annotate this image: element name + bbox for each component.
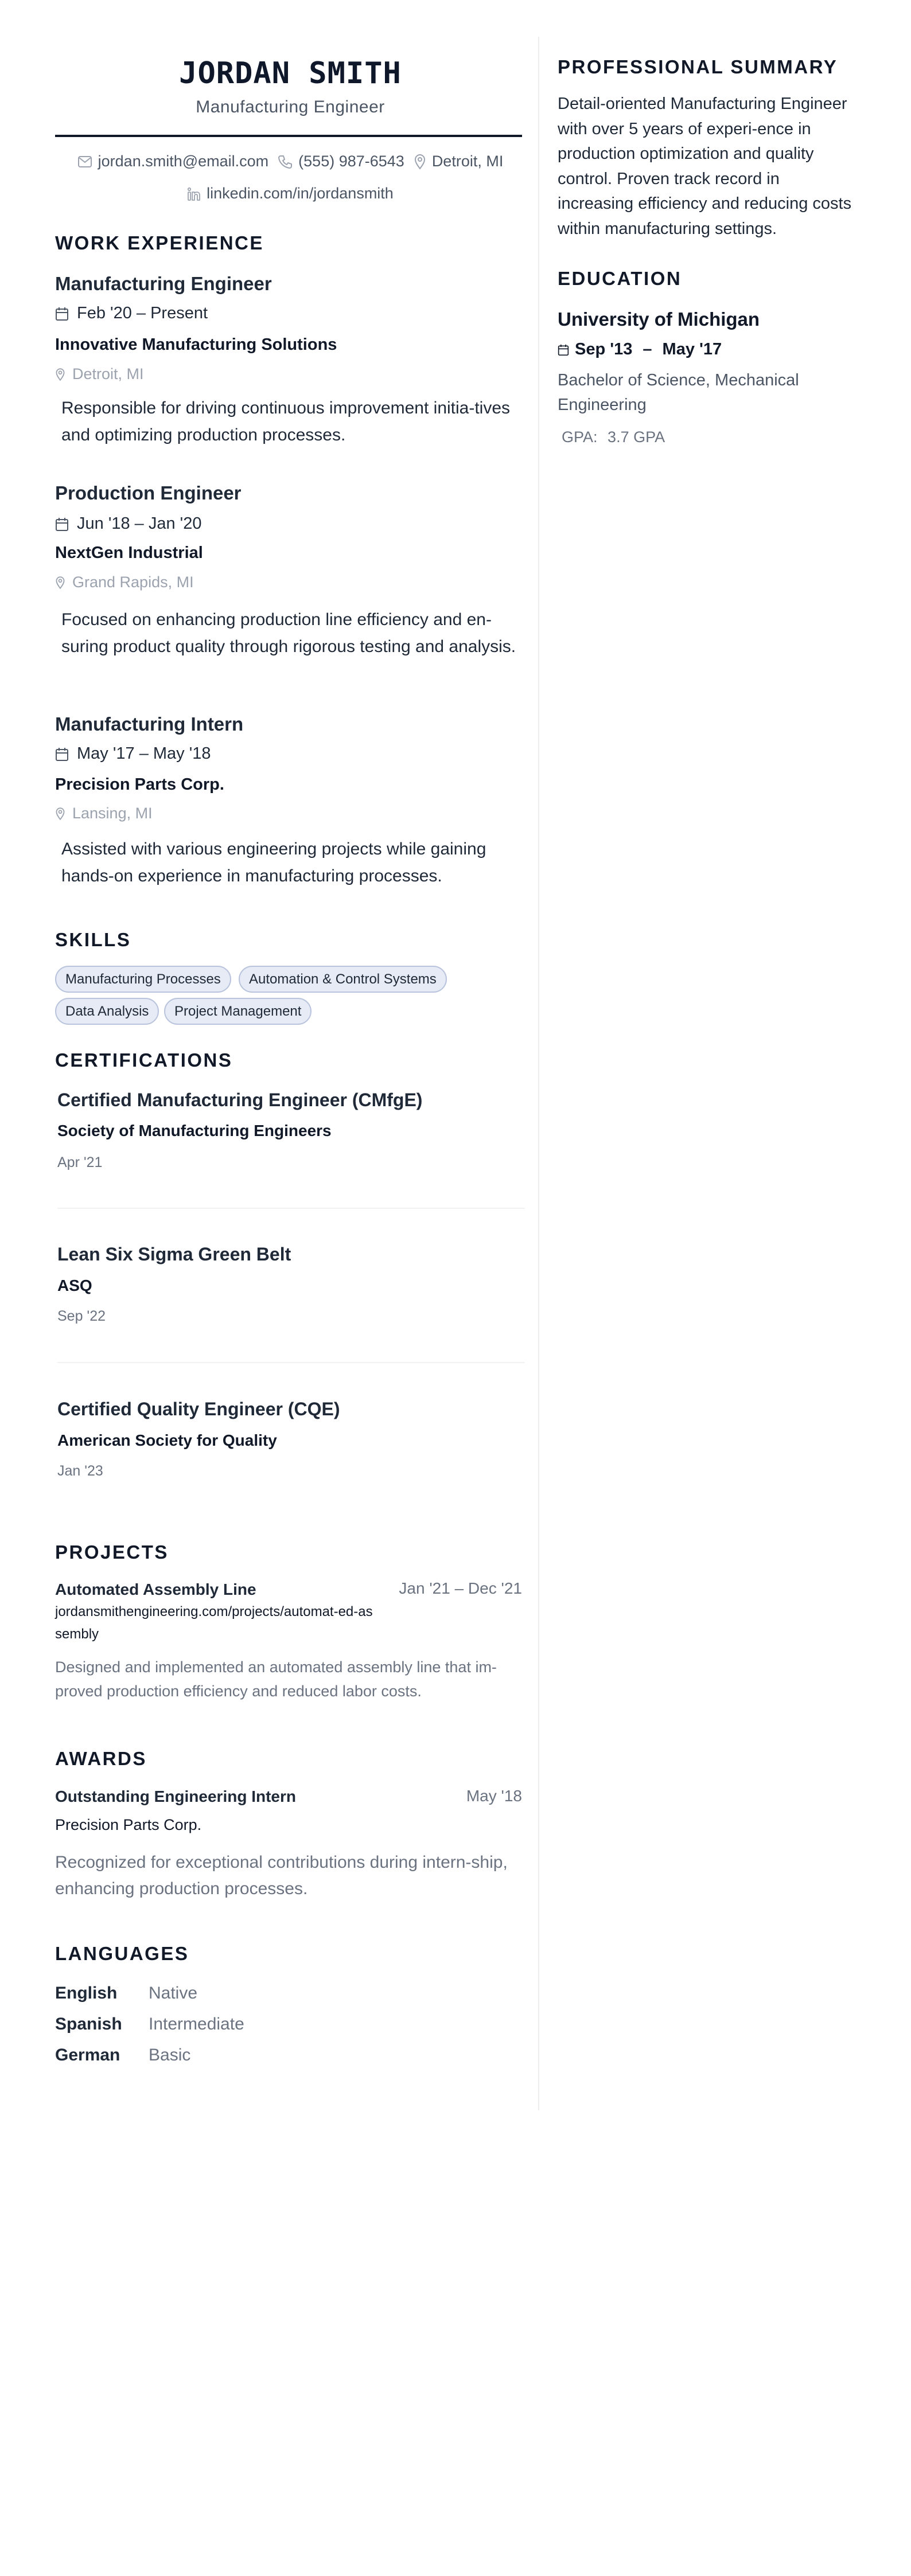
section-heading-summary: PROFESSIONAL SUMMARY [558,56,838,78]
certification-name: Lean Six Sigma Green Belt [57,1244,291,1265]
candidate-name: JORDAN SMITH [55,56,525,91]
language-name: English [55,1984,117,2003]
language-level: Intermediate [149,2015,244,2034]
education-degree: Bachelor of Science, Mechanical Engineer… [558,368,856,417]
section-heading-languages: LANGUAGES [55,1943,189,1965]
job-location-text: Lansing, MI [72,805,153,822]
calendar-icon [55,306,69,321]
mail-icon [77,155,92,168]
certification-date: Jan '23 [57,1463,103,1480]
certification-issuer: American Society for Quality [57,1431,277,1450]
candidate-title: Manufacturing Engineer [55,97,525,117]
job-company: Innovative Manufacturing Solutions [55,335,337,354]
linkedin-text[interactable]: linkedin.com/in/jordansmith [207,185,394,202]
section-heading-skills: SKILLS [55,929,131,951]
contact-row: jordan.smith@email.com (555) 987-6543 De… [55,153,525,170]
project-link[interactable]: jordansmithengineering.com/projects/auto… [55,1601,376,1645]
language-name: Spanish [55,2015,122,2034]
location-text: Detroit, MI [432,153,504,170]
language-name: German [55,2046,120,2065]
skill-tag: Automation & Control Systems [239,966,447,993]
job-location-text: Detroit, MI [72,365,144,383]
linkedin-icon [187,186,201,201]
skill-tag: Manufacturing Processes [55,966,231,993]
summary-text: Detail-oriented Manufacturing Engineer w… [558,92,856,241]
job-company: Precision Parts Corp. [55,775,224,794]
map-pin-icon [55,576,65,590]
certification-issuer: Society of Manufacturing Engineers [57,1122,332,1140]
job-title: Manufacturing Engineer [55,273,272,295]
section-heading-work: WORK EXPERIENCE [55,232,264,254]
phone-text[interactable]: (555) 987-6543 [298,153,404,170]
job-dates-text: Feb '20 – Present [77,304,208,323]
skill-tag: Data Analysis [55,998,159,1025]
project-name: Automated Assembly Line [55,1580,256,1599]
calendar-icon [55,517,69,532]
contact-location: Detroit, MI [414,153,504,170]
job-title: Production Engineer [55,482,242,504]
certification-date: Apr '21 [57,1154,102,1171]
phone-icon [278,154,293,169]
contact-phone[interactable]: (555) 987-6543 [278,153,404,170]
job-location: Lansing, MI [55,805,153,822]
contact-row-2: linkedin.com/in/jordansmith [55,185,525,202]
job-dates: Jun '18 – Jan '20 [55,514,201,533]
education-dates: Sep '13 – May '17 [558,340,722,359]
job-dates: May '17 – May '18 [55,744,211,763]
map-pin-icon [414,154,426,170]
section-heading-awards: AWARDS [55,1748,147,1770]
job-dates-text: Jun '18 – Jan '20 [77,514,201,533]
map-pin-icon [55,368,65,381]
contact-email[interactable]: jordan.smith@email.com [77,153,269,170]
job-location: Grand Rapids, MI [55,573,194,591]
job-description: Assisted with various engineering projec… [61,836,520,889]
map-pin-icon [55,807,65,821]
education-gpa: GPA: 3.7 GPA [562,428,665,446]
section-heading-projects: PROJECTS [55,1541,169,1563]
section-heading-certifications: CERTIFICATIONS [55,1049,232,1071]
gpa-value: 3.7 GPA [602,428,665,446]
project-description: Designed and implemented an automated as… [55,1655,525,1703]
education-date-separator: – [638,340,656,359]
certification-name: Certified Quality Engineer (CQE) [57,1399,340,1420]
award-name: Outstanding Engineering Intern [55,1787,296,1806]
award-description: Recognized for exceptional contributions… [55,1849,525,1902]
education-end: May '17 [663,340,722,359]
email-text[interactable]: jordan.smith@email.com [98,153,269,170]
job-location-text: Grand Rapids, MI [72,573,194,591]
job-company: NextGen Industrial [55,544,203,563]
contact-linkedin[interactable]: linkedin.com/in/jordansmith [187,185,394,202]
language-level: Native [149,1984,197,2003]
education-start: Sep '13 [575,340,632,359]
certification-name: Certified Manufacturing Engineer (CMfgE) [57,1090,422,1111]
job-dates: Feb '20 – Present [55,304,208,323]
project-dates: Jan '21 – Dec '21 [399,1579,522,1598]
calendar-icon [55,747,69,762]
award-date: May '18 [466,1787,522,1805]
column-divider [538,37,539,2110]
award-issuer: Precision Parts Corp. [55,1816,201,1834]
certification-issuer: ASQ [57,1277,92,1295]
section-heading-education: EDUCATION [558,268,682,290]
education-school: University of Michigan [558,309,760,330]
job-title: Manufacturing Intern [55,713,243,735]
certification-date: Sep '22 [57,1308,106,1325]
language-level: Basic [149,2046,190,2065]
skill-tag: Project Management [164,998,312,1025]
certification-separator [57,1208,525,1209]
certification-separator [57,1362,525,1363]
job-dates-text: May '17 – May '18 [77,744,211,763]
header-divider [55,135,522,137]
job-location: Detroit, MI [55,365,144,383]
calendar-icon [558,344,569,356]
gpa-label: GPA: [562,428,598,446]
job-description: Focused on enhancing production line eff… [61,606,520,660]
job-description: Responsible for driving continuous impro… [61,395,520,448]
